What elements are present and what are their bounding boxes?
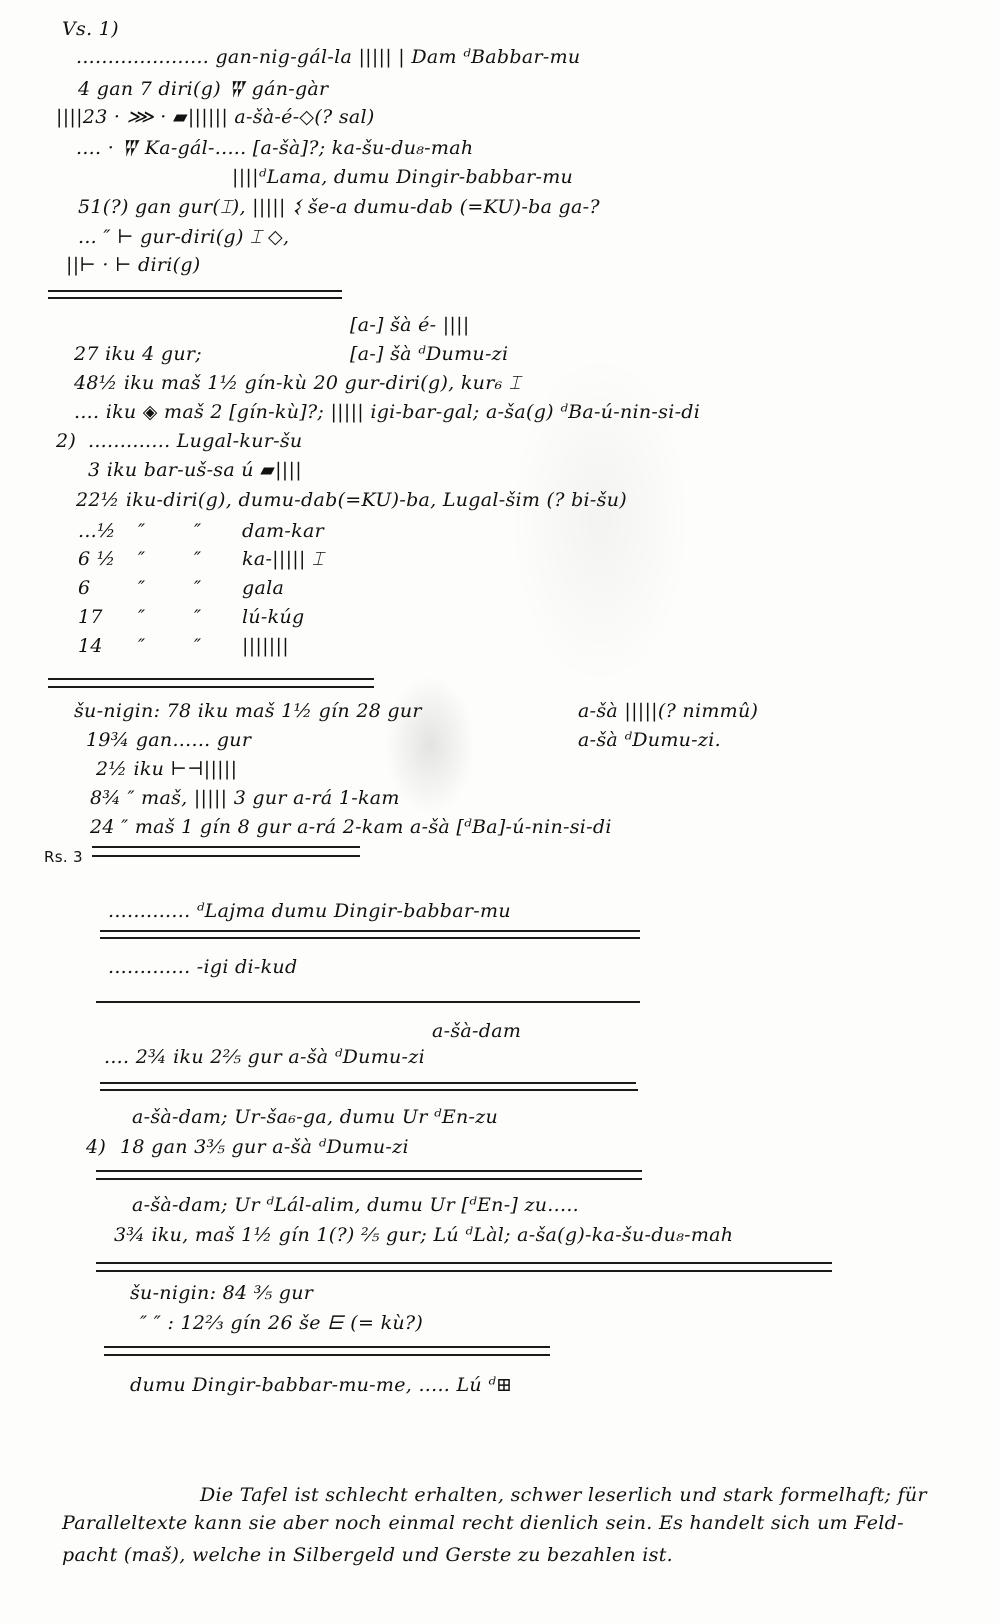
obverse-label: Vs. 1) <box>62 18 119 40</box>
list-d1: ″ <box>138 548 145 570</box>
vs-line-4: .... · 𒐊 Ka-gál-..... [a-šà]?; ka-šu-du₈… <box>76 137 473 159</box>
rev-line-3: a-šà-dam <box>432 1020 521 1042</box>
sec2-line-2-right: [a-] šà ᵈDumu-zi <box>350 343 508 365</box>
sec2-line-3: 48½ iku maš 1½ gín-kù 20 gur-diri(g), ku… <box>74 372 521 394</box>
manuscript-page: Vs. 1) ..................... gan-nig-gál… <box>0 0 1000 1624</box>
rev-line-5: a-šà-dam; Ur-ša₆-ga, dumu Ur ᵈEn-zu <box>132 1106 498 1128</box>
sum1-line-5: 24 ″ maš 1 gín 8 gur a-rá 2-kam a-šà [ᵈB… <box>90 816 612 838</box>
list-d2: ″ <box>194 635 201 657</box>
list-d2: ″ <box>194 548 201 570</box>
sec2-line-6: 3 iku bar-uš-sa ú ▰|||| <box>88 459 302 481</box>
rev-marker-4: 4) <box>86 1136 106 1158</box>
vs-line-5: ||||ᵈLama, dumu Dingir-babbar-mu <box>232 166 573 188</box>
list-d1: ″ <box>138 577 145 599</box>
double-rule <box>100 1082 636 1084</box>
double-rule <box>92 855 360 857</box>
vs-line-6: 51(?) gan gur(⌶), ||||| 𒑱 še-a dumu-dab … <box>78 196 600 218</box>
double-rule <box>48 686 374 688</box>
rev-line-1: ............. ᵈLajma dumu Dingir-babbar-… <box>108 900 511 922</box>
double-rule <box>48 678 374 680</box>
rev-line-4: .... 2¾ iku 2⅖ gur a-šà ᵈDumu-zi <box>104 1046 425 1068</box>
reverse-marker: Rs. 3 <box>44 846 83 868</box>
rev-line-8: 3¾ iku, maš 1½ gín 1(?) ⅖ gur; Lú ᵈLàl; … <box>114 1224 733 1246</box>
list-d1: ″ <box>138 520 145 542</box>
sec2-line-5: ............. Lugal-kur-šu <box>88 430 302 452</box>
list-d2: ″ <box>194 520 201 542</box>
rev-line-7: a-šà-dam; Ur ᵈLál-alim, dumu Ur [ᵈEn-] z… <box>132 1194 579 1216</box>
sec2-line-1: [a-] šà é- |||| <box>350 314 470 336</box>
list-qty: 6 <box>78 577 90 599</box>
commentary-line-1: Die Tafel ist schlecht erhalten, schwer … <box>200 1484 927 1506</box>
double-rule <box>104 1354 550 1356</box>
vs-line-8: ||⊢ · ⊢ diri(g) <box>66 254 201 276</box>
double-rule <box>100 930 640 932</box>
list-name: ||||||| <box>242 635 289 657</box>
vs-line-2: 4 gan 7 diri(g) 𒐊 gán-gàr <box>78 78 328 100</box>
double-rule <box>96 1262 832 1264</box>
double-rule <box>48 290 342 292</box>
list-qty: ...½ <box>78 520 116 542</box>
sum1-line-1-left: šu-nigin: 78 iku maš 1½ gín 28 gur <box>74 700 422 722</box>
vs-line-3: ||||23 · ⋙ · ▰|||||| a-šà-é-◇(? sal) <box>56 106 375 128</box>
vs-line-7: ... ″ ⊢ gur-diri(g) ⌶ ◇, <box>78 226 289 248</box>
sum1-line-3: 2½ iku ⊢⊣||||| <box>96 758 237 780</box>
double-rule <box>92 846 360 848</box>
commentary-line-2: Paralleltexte kann sie aber noch einmal … <box>62 1512 904 1534</box>
sum1-line-2-left: 19¾ gan...... gur <box>86 729 251 751</box>
list-qty: 14 <box>78 635 103 657</box>
sec2-line-2-left: 27 iku 4 gur; <box>74 343 202 365</box>
list-name: dam-kar <box>242 520 324 542</box>
list-d2: ″ <box>194 577 201 599</box>
sum1-line-4: 8¾ ″ maš, ||||| 3 gur a-rá 1-kam <box>90 787 400 809</box>
list-d2: ″ <box>194 606 201 628</box>
rev-line-6: 18 gan 3⅗ gur a-šà ᵈDumu-zi <box>120 1136 409 1158</box>
sec2-marker: 2) <box>56 430 76 452</box>
list-name: ka-||||| ⌶ <box>242 548 324 570</box>
sec2-line-4: .... iku ◈ maš 2 [gín-kù]?; ||||| igi-ba… <box>74 401 700 423</box>
list-d1: ″ <box>138 635 145 657</box>
double-rule <box>100 937 640 939</box>
double-rule <box>100 1089 638 1091</box>
vs-line-1: ..................... gan-nig-gál-la |||… <box>76 46 580 68</box>
sum1-line-1-right: a-šà |||||(? nimmû) <box>578 700 758 722</box>
double-rule <box>96 1270 832 1272</box>
list-d1: ″ <box>138 606 145 628</box>
list-qty: 6 ½ <box>78 548 115 570</box>
rev-line-2: ............. -igi di-kud <box>108 956 297 978</box>
list-name: lú-kúg <box>242 606 304 628</box>
rule <box>96 1001 640 1003</box>
double-rule <box>96 1170 642 1172</box>
double-rule <box>104 1346 550 1348</box>
rev-line-9: šu-nigin: 84 ⅗ gur <box>130 1282 313 1304</box>
double-rule <box>48 297 342 299</box>
rev-line-11: dumu Dingir-babbar-mu-me, ..... Lú ᵈ⊞ <box>130 1374 512 1396</box>
commentary-line-3: pacht (maš), welche in Silbergeld und Ge… <box>62 1544 673 1566</box>
list-name: gala <box>242 577 284 599</box>
sec2-line-7: 22½ iku-diri(g), dumu-dab(=KU)-ba, Lugal… <box>76 489 627 511</box>
double-rule <box>96 1178 642 1180</box>
rev-line-10: ″ ″ : 12⅔ gín 26 še ⋿ (= kù?) <box>140 1312 423 1334</box>
list-qty: 17 <box>78 606 103 628</box>
sum1-line-2-right: a-šà ᵈDumu-zi. <box>578 729 721 751</box>
